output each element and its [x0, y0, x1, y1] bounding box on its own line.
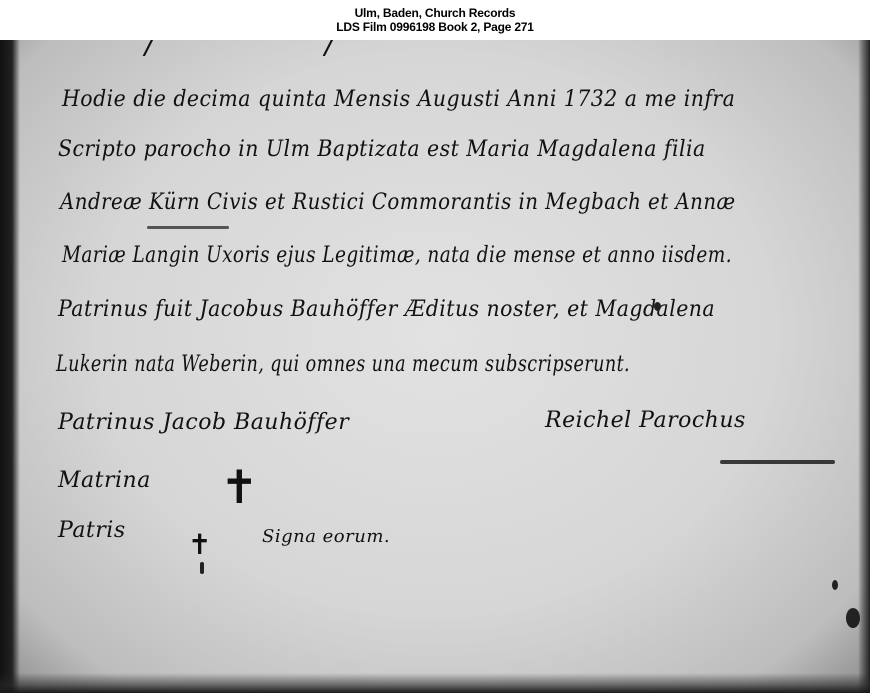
- signum-label: Signa eorum.: [262, 526, 390, 547]
- stain-blot: [832, 580, 838, 590]
- signature-patrinus: Patrinus Jacob Bauhöffer: [58, 410, 349, 435]
- record-line-1: Hodie die decima quinta Mensis Augusti A…: [62, 87, 735, 112]
- signature-matrina: Matrina: [58, 468, 151, 493]
- header-film-reference: LDS Film 0996198 Book 2, Page 271: [0, 20, 870, 34]
- record-line-6: Lukerin nata Weberin, qui omnes una mecu…: [56, 352, 630, 377]
- stain-blot: [846, 608, 860, 628]
- stray-stroke: /: [325, 40, 335, 61]
- signature-patris: Patris: [58, 518, 126, 543]
- signature-flourish: [720, 460, 835, 464]
- film-edge-left: [0, 40, 20, 693]
- name-underline: [147, 226, 229, 229]
- cross-mark-icon: ✝: [220, 460, 259, 514]
- record-line-2: Scripto parocho in Ulm Baptizata est Mar…: [58, 137, 706, 162]
- film-edge-bottom: [0, 673, 870, 693]
- record-line-3: Andreæ Kürn Civis et Rustici Commorantis…: [60, 190, 736, 215]
- signature-parochus: Reichel Parochus: [545, 408, 746, 433]
- ink-speck: [654, 302, 661, 311]
- stray-stroke: /: [145, 40, 155, 61]
- document-header: Ulm, Baden, Church Records LDS Film 0996…: [0, 0, 870, 40]
- record-line-4: Mariæ Langin Uxoris ejus Legitimæ, nata …: [62, 243, 732, 268]
- cross-mark-icon: ✝: [188, 528, 211, 561]
- record-line-5: Patrinus fuit Jacobus Bauhöffer Æditus n…: [58, 297, 715, 322]
- ink-speck: [200, 562, 204, 574]
- film-edge-right: [858, 40, 870, 693]
- scanned-page: / / Hodie die decima quinta Mensis Augus…: [0, 40, 870, 693]
- header-title: Ulm, Baden, Church Records: [0, 6, 870, 20]
